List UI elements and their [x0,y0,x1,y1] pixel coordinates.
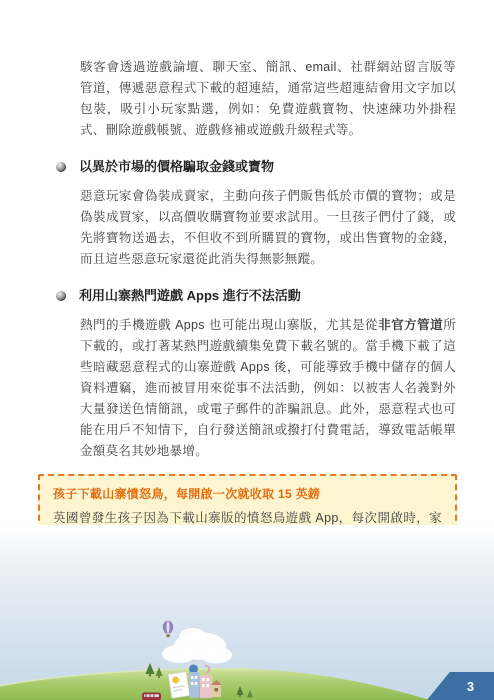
section-heading-1: 以異於市場的價格騙取金錢或寶物 [56,156,456,177]
section-1-paragraph: 惡意玩家會偽裝成賣家，主動向孩子們販售低於市價的寶物；或是偽裝成買家，以高價收購… [80,186,456,270]
page-number: 3 [467,679,474,694]
page-content: 駭客會透過遊戲論壇、聊天室、簡訊、email、社群網站留言版等管道，傳遞惡意程式… [56,57,456,582]
bullet-sphere-icon [56,291,66,301]
section-2-paragraph: 熱門的手機遊戲 Apps 也可能出現山寨版，尤其是從非官方管道所下載的，或打著某… [80,315,456,462]
section-2-bold-text: 非官方管道 [378,318,443,332]
hill-graphic [0,669,494,700]
card-icon [168,672,190,699]
section-2-text-before: 熱門的手機遊戲 Apps 也可能出現山寨版，尤其是從 [80,318,378,332]
section-2-text-after: 所下載的，或打著某熱門遊戲續集免費下載名號的。當手機下載了這些暗藏惡意程式的山寨… [80,318,456,458]
section-2-heading-text: 利用山寨熱門遊戲 Apps 進行不法活動 [79,285,301,306]
bullet-sphere-icon [56,162,66,172]
document-page: 駭客會透過遊戲論壇、聊天室、簡訊、email、社群網站留言版等管道，傳遞惡意程式… [0,0,494,700]
footer-landscape [0,525,494,700]
section-heading-2: 利用山寨熱門遊戲 Apps 進行不法活動 [56,285,456,306]
intro-paragraph: 駭客會透過遊戲論壇、聊天室、簡訊、email、社群網站留言版等管道，傳遞惡意程式… [80,57,456,141]
callout-title: 孩子下載山寨憤怒鳥，每開啟一次就收取 15 英鎊 [53,484,442,504]
cloud-icon [162,628,232,664]
landscape-graphic [0,525,494,700]
section-1-heading-text: 以異於市場的價格騙取金錢或寶物 [79,156,274,177]
bus-icon [142,693,161,700]
hot-air-balloon-icon [163,621,173,637]
